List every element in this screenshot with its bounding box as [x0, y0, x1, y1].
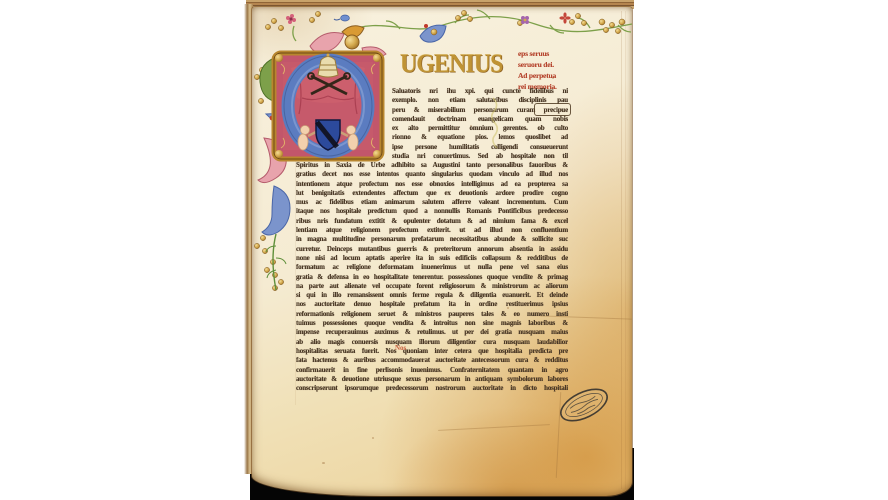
text-line: intentionem atque profectum nos esse obn…	[296, 180, 568, 189]
text-line: Spiritus in Saxia de Urbe adhibito sa Au…	[296, 161, 568, 170]
text-line: curretur. Deinceps mutantibus guerris & …	[296, 245, 568, 254]
blue-bud-flower	[334, 15, 349, 21]
text-line: tuimus possessiones quoque vendita & int…	[296, 319, 568, 328]
text-line: itaque nos hospitale predictum quod a no…	[296, 207, 568, 216]
text-line: impense recuperauimus auximus & retulimu…	[296, 328, 568, 337]
text-line: mus ac fidelibus etiam animarum salutem …	[296, 198, 568, 207]
rubric-line: seruoru dei.	[518, 59, 588, 70]
red-cross-flower	[559, 12, 570, 23]
text-line: nos auctoritate denuo hospitale prefatum…	[296, 300, 568, 309]
text-line: si qui in illo remansissent omnis ferme …	[296, 291, 568, 300]
text-line: gratius decet nos esse intentos quanto s…	[296, 170, 568, 179]
text-line: comendauit doctrinam euangelicam quam no…	[392, 115, 568, 124]
text-line: lut benignitatis extendentes affectum qu…	[296, 189, 568, 198]
text-line: auctoritate & deuotione utriusque sexus …	[296, 375, 568, 384]
incipit-paragraph: Saluatoris nri ihu xpi. qui cuncte fidel…	[392, 87, 568, 161]
text-line: gratia & defensa in eo hospitalitate ten…	[296, 273, 568, 282]
rubric-block: eps seruusseruoru dei.Ad perpetuarei mem…	[518, 48, 588, 92]
gold-title-text: UGENIUS	[400, 47, 514, 83]
illuminated-initial-E	[271, 50, 385, 162]
red-ink-annotation: Nos	[395, 344, 406, 353]
text-line: reformationis religionem seruet & minist…	[296, 310, 568, 319]
text-line: na parte aut alienate vel occupate foren…	[296, 282, 568, 291]
text-line: rionno & equatione pios. lemos quoslibet…	[392, 133, 568, 142]
text-line: fata hactenus & auribus accommodauerat a…	[296, 356, 568, 365]
acanthus-cluster-blue	[420, 24, 446, 42]
text-line: none nisi ad locum aptatis aperire ita i…	[296, 254, 568, 263]
text-line: formatum ac religione deformatam inuener…	[296, 263, 568, 272]
text-line: ipse persone humilitatis colligendi cons…	[392, 143, 568, 152]
text-line: ex alto permittitur omnium gerentes. ob …	[392, 124, 568, 133]
text-line: Saluatoris nri ihu xpi. qui cuncte fidel…	[392, 87, 568, 96]
text-line: hospitalitas seruata fuerit. Nos quoniam…	[296, 347, 568, 356]
foxing-speck	[322, 462, 325, 464]
ink-box-annotation	[534, 103, 571, 116]
foxing-speck	[372, 437, 374, 439]
text-line: in magna multitudine personarum prefatar…	[296, 235, 568, 244]
rubric-line: eps seruus	[518, 48, 588, 59]
rosette-flower	[286, 14, 296, 24]
manuscript-photo: UGENIUS eps seruusseruoru dei.Ad perpetu…	[0, 0, 888, 500]
rubric-line: Ad perpetua	[518, 70, 588, 81]
body-paragraph: Spiritus in Saxia de Urbe adhibito sa Au…	[296, 161, 568, 393]
text-line: studia nri conuertimus. Sed ab hospitale…	[392, 152, 568, 161]
marginal-annotation-scribble	[484, 96, 502, 150]
text-line: lentiam atque religionem profectum extit…	[296, 226, 568, 235]
text-line: conscripserunt ipsorumque predecessorum …	[296, 384, 568, 393]
text-line: confirmauerit in fine perlisonis inuenim…	[296, 366, 568, 375]
text-line: ab alio magis conuersis nusquam illorum …	[296, 338, 568, 347]
text-line: ribus nris fundatum extitit & opulenter …	[296, 217, 568, 226]
